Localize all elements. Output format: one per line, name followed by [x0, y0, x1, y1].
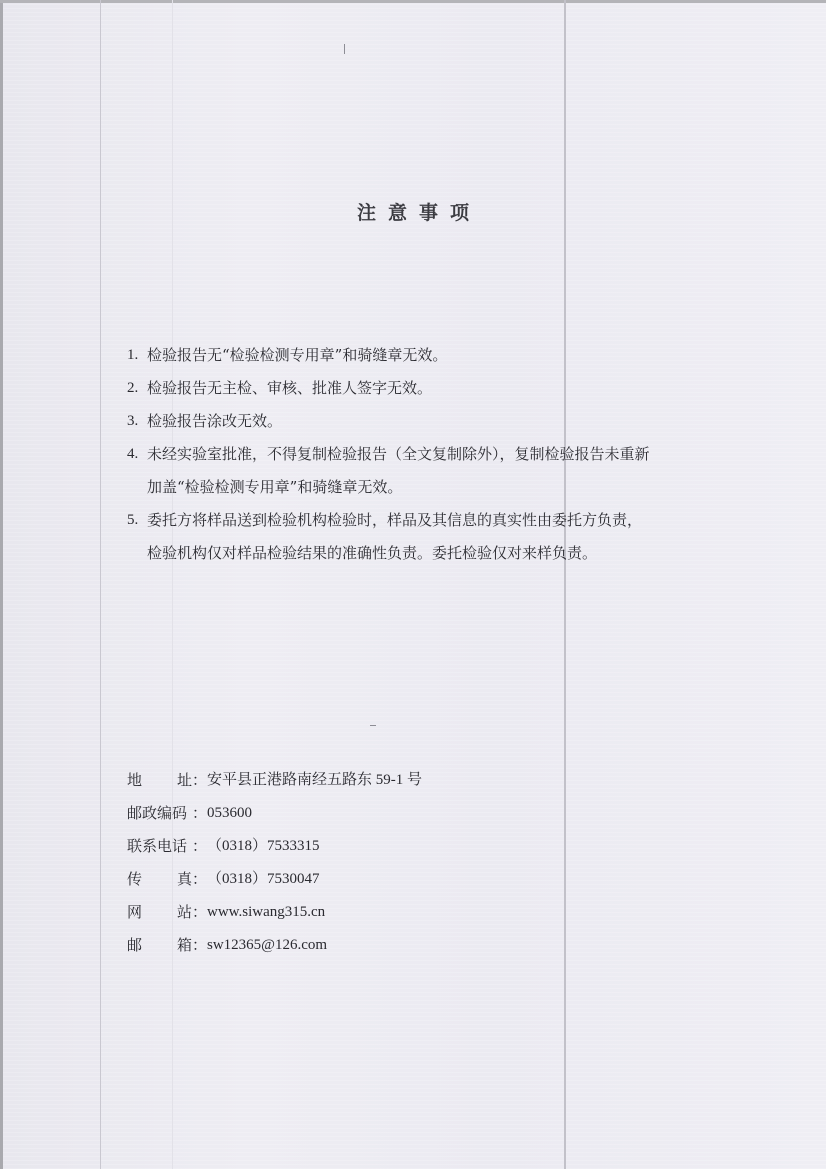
- notice-item: 1.检验报告无“检验检测专用章”和骑缝章无效。: [127, 344, 687, 366]
- notice-text: 检验报告无“检验检测专用章”和骑缝章无效。: [147, 344, 447, 366]
- notice-item: 2.检验报告无主检、审核、批准人签字无效。: [127, 377, 687, 399]
- notice-number: 5.: [127, 509, 147, 531]
- notice-continuation: 加盖“检验检测专用章”和骑缝章无效。: [127, 476, 687, 498]
- scan-edge-top: [0, 0, 826, 3]
- fold-line: [172, 0, 173, 1169]
- postcode-value: 053600: [207, 801, 252, 834]
- notice-text: 委托方将样品送到检验机构检验时，样品及其信息的真实性由委托方负责，: [147, 509, 642, 531]
- notice-text: 检验报告无主检、审核、批准人签字无效。: [147, 377, 432, 399]
- notice-item: 4.未经实验室批准，不得复制检验报告（全文复制除外），复制检验报告未重新 加盖“…: [127, 443, 687, 498]
- phone-value: （0318）7533315: [207, 834, 320, 867]
- notice-continuation: 检验机构仅对样品检验结果的准确性负责。委托检验仅对来样负责。: [127, 542, 687, 564]
- notice-number: 3.: [127, 410, 147, 432]
- scan-edge-left: [0, 0, 3, 1169]
- contact-phone: 联系电话： （0318）7533315: [127, 834, 422, 867]
- scanned-page: [3, 3, 826, 1169]
- notice-number: 2.: [127, 377, 147, 399]
- contact-fax: 传真： （0318）7530047: [127, 867, 422, 900]
- contact-label: 邮政编码：: [127, 801, 207, 834]
- notice-text: 检验报告涂改无效。: [147, 410, 282, 432]
- email-value: sw12365@126.com: [207, 933, 327, 966]
- notice-number: 1.: [127, 344, 147, 366]
- contact-label: 联系电话：: [127, 834, 207, 867]
- fax-value: （0318）7530047: [207, 867, 320, 900]
- contact-postcode: 邮政编码： 053600: [127, 801, 422, 834]
- notice-number: 4.: [127, 443, 147, 465]
- notice-list: 1.检验报告无“检验检测专用章”和骑缝章无效。 2.检验报告无主检、审核、批准人…: [127, 344, 687, 575]
- contact-label: 网站：: [127, 900, 207, 933]
- scan-speck: [344, 44, 345, 54]
- contact-email: 邮箱： sw12365@126.com: [127, 933, 422, 966]
- fold-line: [564, 0, 566, 1169]
- notice-text: 未经实验室批准，不得复制检验报告（全文复制除外），复制检验报告未重新: [147, 443, 650, 465]
- page-title: 注意事项: [0, 198, 826, 225]
- contact-label: 邮箱：: [127, 933, 207, 966]
- address-value: 安平县正港路南经五路东 59-1 号: [207, 768, 422, 801]
- contact-info: 地址： 安平县正港路南经五路东 59-1 号 邮政编码： 053600 联系电话…: [127, 768, 422, 966]
- notice-item: 3.检验报告涂改无效。: [127, 410, 687, 432]
- contact-label: 地址：: [127, 768, 207, 801]
- fold-line: [100, 0, 101, 1169]
- contact-label: 传真：: [127, 867, 207, 900]
- website-value: www.siwang315.cn: [207, 900, 325, 933]
- scan-speck: [370, 725, 376, 726]
- notice-item: 5.委托方将样品送到检验机构检验时，样品及其信息的真实性由委托方负责， 检验机构…: [127, 509, 687, 564]
- contact-address: 地址： 安平县正港路南经五路东 59-1 号: [127, 768, 422, 801]
- contact-website: 网站： www.siwang315.cn: [127, 900, 422, 933]
